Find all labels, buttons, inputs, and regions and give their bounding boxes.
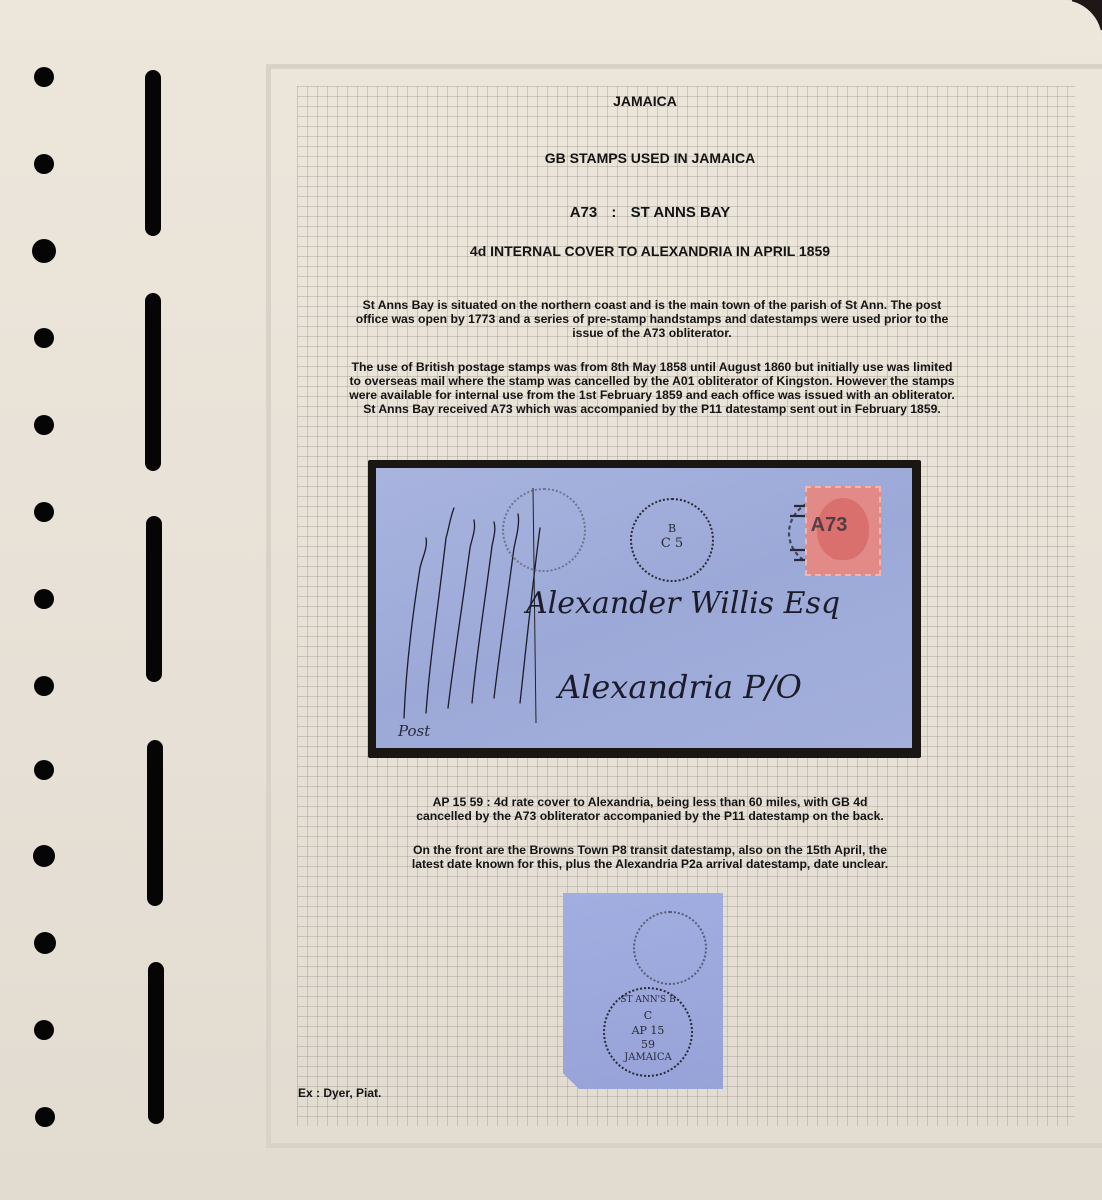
binder-hole xyxy=(33,845,55,867)
datestamp-date: AP 15 xyxy=(605,1024,691,1037)
binder-hole xyxy=(34,676,54,696)
binder-hole xyxy=(34,502,54,522)
address-line-2: Alexandria P/O xyxy=(558,668,802,706)
caption-paragraph-1: AP 15 59 : 4d rate cover to Alexandria, … xyxy=(345,795,955,823)
intro-line: to overseas mail where the stamp was can… xyxy=(318,374,986,388)
binder-hole xyxy=(34,589,54,609)
datestamp-year: 59 xyxy=(605,1038,691,1051)
cover-front: Post B C 5 A73 Alexander Willis Esq Alex… xyxy=(376,468,912,748)
caption-line: AP 15 59 : 4d rate cover to Alexandria, … xyxy=(345,795,955,809)
caption-line: latest date known for this, plus the Ale… xyxy=(345,857,955,871)
caption-paragraph-2: On the front are the Browns Town P8 tran… xyxy=(345,843,955,871)
binder-hole xyxy=(34,154,54,174)
office-name: ST ANNS BAY xyxy=(631,204,731,221)
intro-line: The use of British postage stamps was fr… xyxy=(318,360,986,374)
transit-datestamp xyxy=(502,488,586,572)
binder-slot xyxy=(145,70,161,236)
obliterator-number: A73 xyxy=(774,514,884,537)
datestamp-bottom: JAMAICA xyxy=(605,1052,691,1063)
office-code: A73 xyxy=(570,204,598,221)
cover-back-piece: ST ANN'S B C AP 15 59 JAMAICA xyxy=(563,893,723,1089)
intro-line: were available for internal use from the… xyxy=(318,388,986,402)
intro-line: issue of the A73 obliterator. xyxy=(318,326,986,340)
cover-annotation: Post xyxy=(397,722,431,740)
address-line-1: Alexander Willis Esq xyxy=(526,586,840,621)
intro-paragraph-2: The use of British postage stamps was fr… xyxy=(318,360,986,416)
office-heading: A73 : ST ANNS BAY xyxy=(520,204,780,221)
intro-line: office was open by 1773 and a series of … xyxy=(318,312,986,326)
item-heading: 4d INTERNAL COVER TO ALEXANDRIA IN APRIL… xyxy=(400,243,900,259)
binder-hole xyxy=(34,1020,54,1040)
binder-hole xyxy=(34,760,54,780)
st-anns-bay-datestamp: ST ANN'S B C AP 15 59 JAMAICA xyxy=(603,987,693,1077)
binder-slot xyxy=(146,516,162,682)
section-heading: GB STAMPS USED IN JAMAICA xyxy=(490,150,810,166)
binder-slot xyxy=(145,293,161,471)
binder-hole xyxy=(35,1107,55,1127)
datestamp-letter: C xyxy=(605,1009,691,1022)
binder-hole xyxy=(34,67,54,87)
caption-line: On the front are the Browns Town P8 tran… xyxy=(345,843,955,857)
caption-line: cancelled by the A73 obliterator accompa… xyxy=(345,809,955,823)
binder-slot xyxy=(148,962,164,1124)
binder-hole xyxy=(32,239,56,263)
provenance-note: Ex : Dyer, Piat. xyxy=(298,1086,381,1100)
intro-line: St Anns Bay is situated on the northern … xyxy=(318,298,986,312)
binder-hole xyxy=(34,328,54,348)
intro-paragraph-1: St Anns Bay is situated on the northern … xyxy=(318,298,986,340)
office-separator: : xyxy=(611,204,616,221)
datestamp-top: ST ANN'S B xyxy=(605,995,691,1005)
binder-hole xyxy=(34,415,54,435)
binder-hole xyxy=(34,932,56,954)
obliterator-partial xyxy=(633,911,707,985)
intro-line: St Anns Bay received A73 which was accom… xyxy=(318,402,986,416)
arrival-datestamp: B C 5 xyxy=(630,498,714,582)
country-heading: JAMAICA xyxy=(560,93,730,109)
binder-slot xyxy=(147,740,163,906)
